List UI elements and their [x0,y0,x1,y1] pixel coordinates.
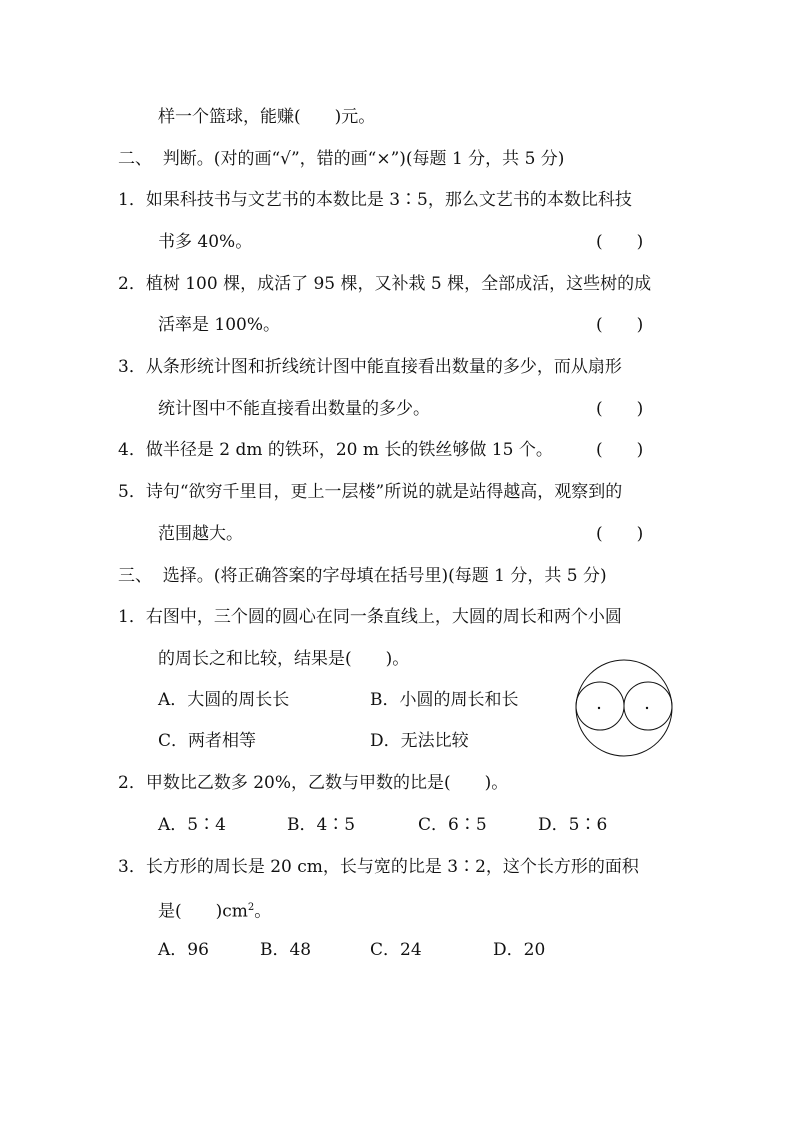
choice-item-3-option-a: A．96 [158,939,209,961]
choice-item-3-line1: 3．长方形的周长是 20 cm，长与宽的比是 3∶2，这个长方形的面积 [118,856,639,878]
choice-item-3-line2: 是( )cm2。 [158,897,271,923]
choice-item-3-option-b: B．48 [260,939,311,961]
small-circle-right [624,682,672,730]
choice-item-3-line2-prefix: 是( )cm [158,902,248,922]
choice-item-2-option-d: D．5∶6 [538,814,607,836]
choice-item-2-option-a: A．5∶4 [158,814,226,836]
choice-item-2-line1: 2．甲数比乙数多 20%，乙数与甲数的比是( )。 [118,772,508,794]
center-dot-right [646,707,648,709]
choice-item-2-option-c: C．6∶5 [418,814,487,836]
small-circle-left [576,682,624,730]
choice-item-3-option-c: C．24 [370,939,422,961]
choice-item-3-option-d: D．20 [493,939,545,961]
choice-item-3-line2-suffix: 。 [254,902,271,922]
choice-item-2-option-b: B．4∶5 [287,814,355,836]
center-dot-left [598,707,600,709]
